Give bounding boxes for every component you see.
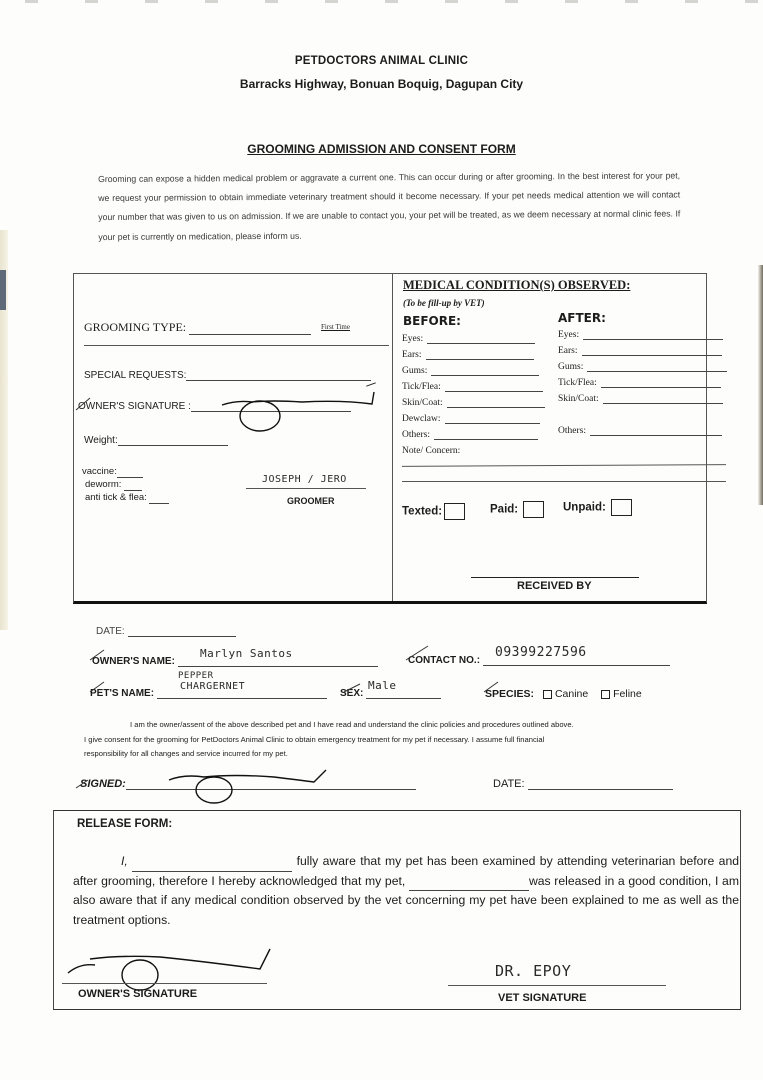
form-title: GROOMING ADMISSION AND CONSENT FORM (0, 142, 763, 156)
page-edge-left (0, 230, 8, 630)
vet-signature-value: DR. EPOY (495, 962, 571, 980)
medical-condition-title: MEDICAL CONDITION(S) OBSERVED: (403, 278, 630, 293)
vaccine-field[interactable]: vaccine: (82, 465, 169, 478)
grooming-type-label: GROOMING TYPE: (84, 320, 186, 334)
release-form-title: RELEASE FORM: (77, 818, 172, 830)
first-time-option[interactable]: First Time (321, 323, 350, 331)
release-owner-name-blank[interactable] (132, 871, 292, 872)
after-field-row[interactable]: Eyes: (558, 330, 723, 340)
clinic-address: Barracks Highway, Bonuan Boquig, Dagupan… (0, 77, 763, 91)
after-field-row[interactable]: Gums: (558, 362, 727, 372)
after-heading: AFTER: (558, 311, 606, 325)
feline-checkbox[interactable] (601, 690, 610, 699)
medical-subtitle: (To be fill-up by VET) (403, 298, 485, 308)
after-field-row[interactable]: Others: (558, 426, 722, 436)
special-requests-label: SPECIAL REQUESTS: (84, 370, 186, 381)
received-by-label: RECEIVED BY (517, 580, 592, 592)
paid-label: Paid: (490, 504, 518, 516)
consent-line-3: responsibility for all changes and servi… (84, 747, 288, 761)
groomer-value: JOSEPH / JERO (262, 474, 347, 485)
unpaid-label: Unpaid: (563, 502, 606, 514)
after-field-label: Others: (558, 426, 586, 436)
date-field[interactable]: DATE: (96, 626, 236, 637)
weight-label: Weight: (84, 435, 118, 446)
weight-field[interactable]: Weight: (84, 435, 228, 446)
release-text: I, fully aware that my pet has been exam… (73, 852, 739, 930)
consent-date-field[interactable]: DATE: (493, 778, 673, 790)
vet-signature-label: VET SIGNATURE (498, 992, 586, 1004)
before-field-label: Tick/Flea: (402, 382, 441, 392)
intro-paragraph: Grooming can expose a hidden medical pro… (98, 166, 680, 246)
unpaid-checkbox[interactable] (611, 499, 632, 516)
received-by-line[interactable] (471, 577, 639, 578)
paid-checkbox-group[interactable]: Paid: (490, 501, 544, 518)
before-field-row[interactable]: Skin/Coat: (402, 398, 545, 408)
after-field-label: Tick/Flea: (558, 378, 597, 388)
before-field-label: Skin/Coat: (402, 398, 443, 408)
clinic-name: PETDOCTORS ANIMAL CLINIC (0, 55, 763, 67)
after-field-row[interactable]: Ears: (558, 346, 722, 356)
consent-signature-scribble (74, 768, 334, 808)
treatment-checklist: vaccine: deworm: anti tick & flea: (82, 465, 169, 504)
consent-line-2: I give consent for the grooming for PetD… (84, 733, 544, 747)
page-edge-top (0, 0, 763, 3)
before-field-row[interactable]: Eyes: (402, 334, 535, 344)
after-field-row[interactable]: Skin/Coat: (558, 394, 723, 404)
before-heading: BEFORE: (403, 314, 461, 328)
before-field-label: Gums: (402, 366, 427, 376)
species-option-feline[interactable]: Feline (591, 688, 642, 700)
groomer-line[interactable] (246, 488, 366, 489)
paid-checkbox[interactable] (523, 501, 544, 518)
before-field-row[interactable]: Dewclaw: (402, 414, 540, 424)
release-pet-name-blank[interactable] (409, 890, 529, 891)
texted-checkbox[interactable] (444, 503, 465, 520)
before-field-label: Others: (402, 430, 430, 440)
after-field-label: Eyes: (558, 330, 579, 340)
consent-date-label: DATE: (493, 778, 525, 790)
after-field-label: Skin/Coat: (558, 394, 599, 404)
after-field-label: Ears: (558, 346, 578, 356)
grooming-type-field[interactable]: GROOMING TYPE: First Time (84, 320, 389, 335)
before-field-row[interactable]: Others: (402, 430, 538, 440)
groomer-label: GROOMER (287, 496, 335, 506)
species-option-canine[interactable]: Canine (537, 688, 588, 700)
before-field-label: Ears: (402, 350, 422, 360)
release-owner-signature-label: OWNER'S SIGNATURE (78, 988, 197, 1000)
canine-checkbox[interactable] (543, 690, 552, 699)
owner-signature-scribble (72, 388, 382, 438)
grooming-type-extra-line (84, 345, 389, 346)
date-label: DATE: (96, 626, 125, 637)
after-field-row[interactable]: Tick/Flea: (558, 378, 721, 388)
before-field-label: Eyes: (402, 334, 423, 344)
texted-checkbox-group[interactable]: Texted: (402, 503, 465, 520)
before-field-row[interactable]: Gums: (402, 366, 539, 376)
checkmarks (88, 640, 518, 710)
before-field-row[interactable]: Ears: (402, 350, 534, 360)
special-requests-field[interactable]: SPECIAL REQUESTS: (84, 370, 371, 381)
before-field-label: Dewclaw: (402, 414, 441, 424)
texted-label: Texted: (402, 506, 442, 518)
before-field-row[interactable]: Tick/Flea: (402, 382, 543, 392)
after-field-label: Gums: (558, 362, 583, 372)
release-owner-signature-line[interactable] (62, 983, 267, 984)
consent-line-1: I am the owner/assent of the above descr… (130, 718, 574, 732)
note-line-2[interactable] (402, 481, 726, 482)
anti-tick-flea-field[interactable]: anti tick & flea: (82, 491, 169, 504)
vet-signature-line[interactable] (448, 985, 666, 986)
unpaid-checkbox-group[interactable]: Unpaid: (563, 499, 632, 516)
section-divider (392, 274, 393, 601)
page-edge-right (758, 265, 763, 505)
deworm-field[interactable]: deworm: (82, 478, 169, 491)
note-concern-label: Note/ Concern: (402, 446, 460, 456)
